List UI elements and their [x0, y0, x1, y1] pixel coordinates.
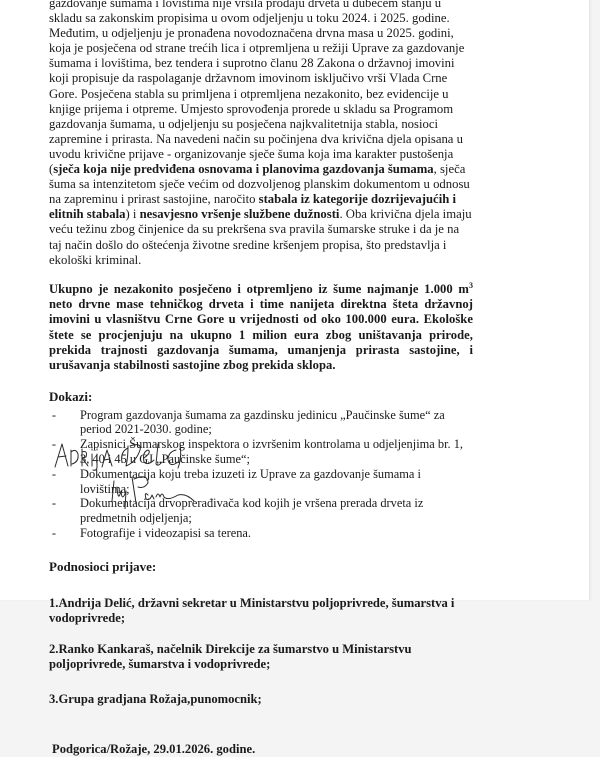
- damage-paragraph: Ukupno je nezakonito posječeno i otpreml…: [49, 282, 473, 374]
- damage-text-before: Ukupno je nezakonito posječeno i otpreml…: [49, 282, 469, 296]
- submitters-heading: Podnosioci prijave:: [49, 559, 473, 574]
- intro-paragraph: gazdovanje šumama i lovištima nije vršil…: [49, 0, 473, 268]
- evidence-list: Program gazdovanja šumama za gazdinsku j…: [49, 408, 473, 541]
- damage-text-after: neto drvne mase tehničkog drveta i time …: [49, 297, 473, 372]
- intro-bold-phrase: nesavjesno vršenje službene dužnosti: [140, 207, 340, 221]
- evidence-item: Zapisnici Šumarskog inspektora o izvršen…: [80, 437, 473, 467]
- evidence-item: Dokumentacija drvoprerađivača kod kojih …: [80, 496, 473, 526]
- evidence-item: Fotografije i videozapisi sa terena.: [80, 526, 473, 541]
- evidence-heading: Dokazi:: [49, 389, 473, 404]
- intro-text: ) i: [126, 207, 140, 221]
- intro-text: gazdovanje šumama i lovištima nije vršil…: [49, 0, 464, 176]
- evidence-item: Dokumentacija koju treba izuzeti iz Upra…: [80, 467, 473, 497]
- submitter-1: 1.Andrija Delić, državni sekretar u Mini…: [49, 596, 473, 600]
- cubic-superscript: 3: [469, 281, 473, 290]
- evidence-item: Program gazdovanja šumama za gazdinsku j…: [80, 408, 473, 438]
- document-page: gazdovanje šumama i lovištima nije vršil…: [0, 0, 590, 600]
- intro-bold-phrase: sječa koja nije predviđena osnovama i pl…: [53, 162, 433, 176]
- document-body: gazdovanje šumama i lovištima nije vršil…: [49, 0, 473, 600]
